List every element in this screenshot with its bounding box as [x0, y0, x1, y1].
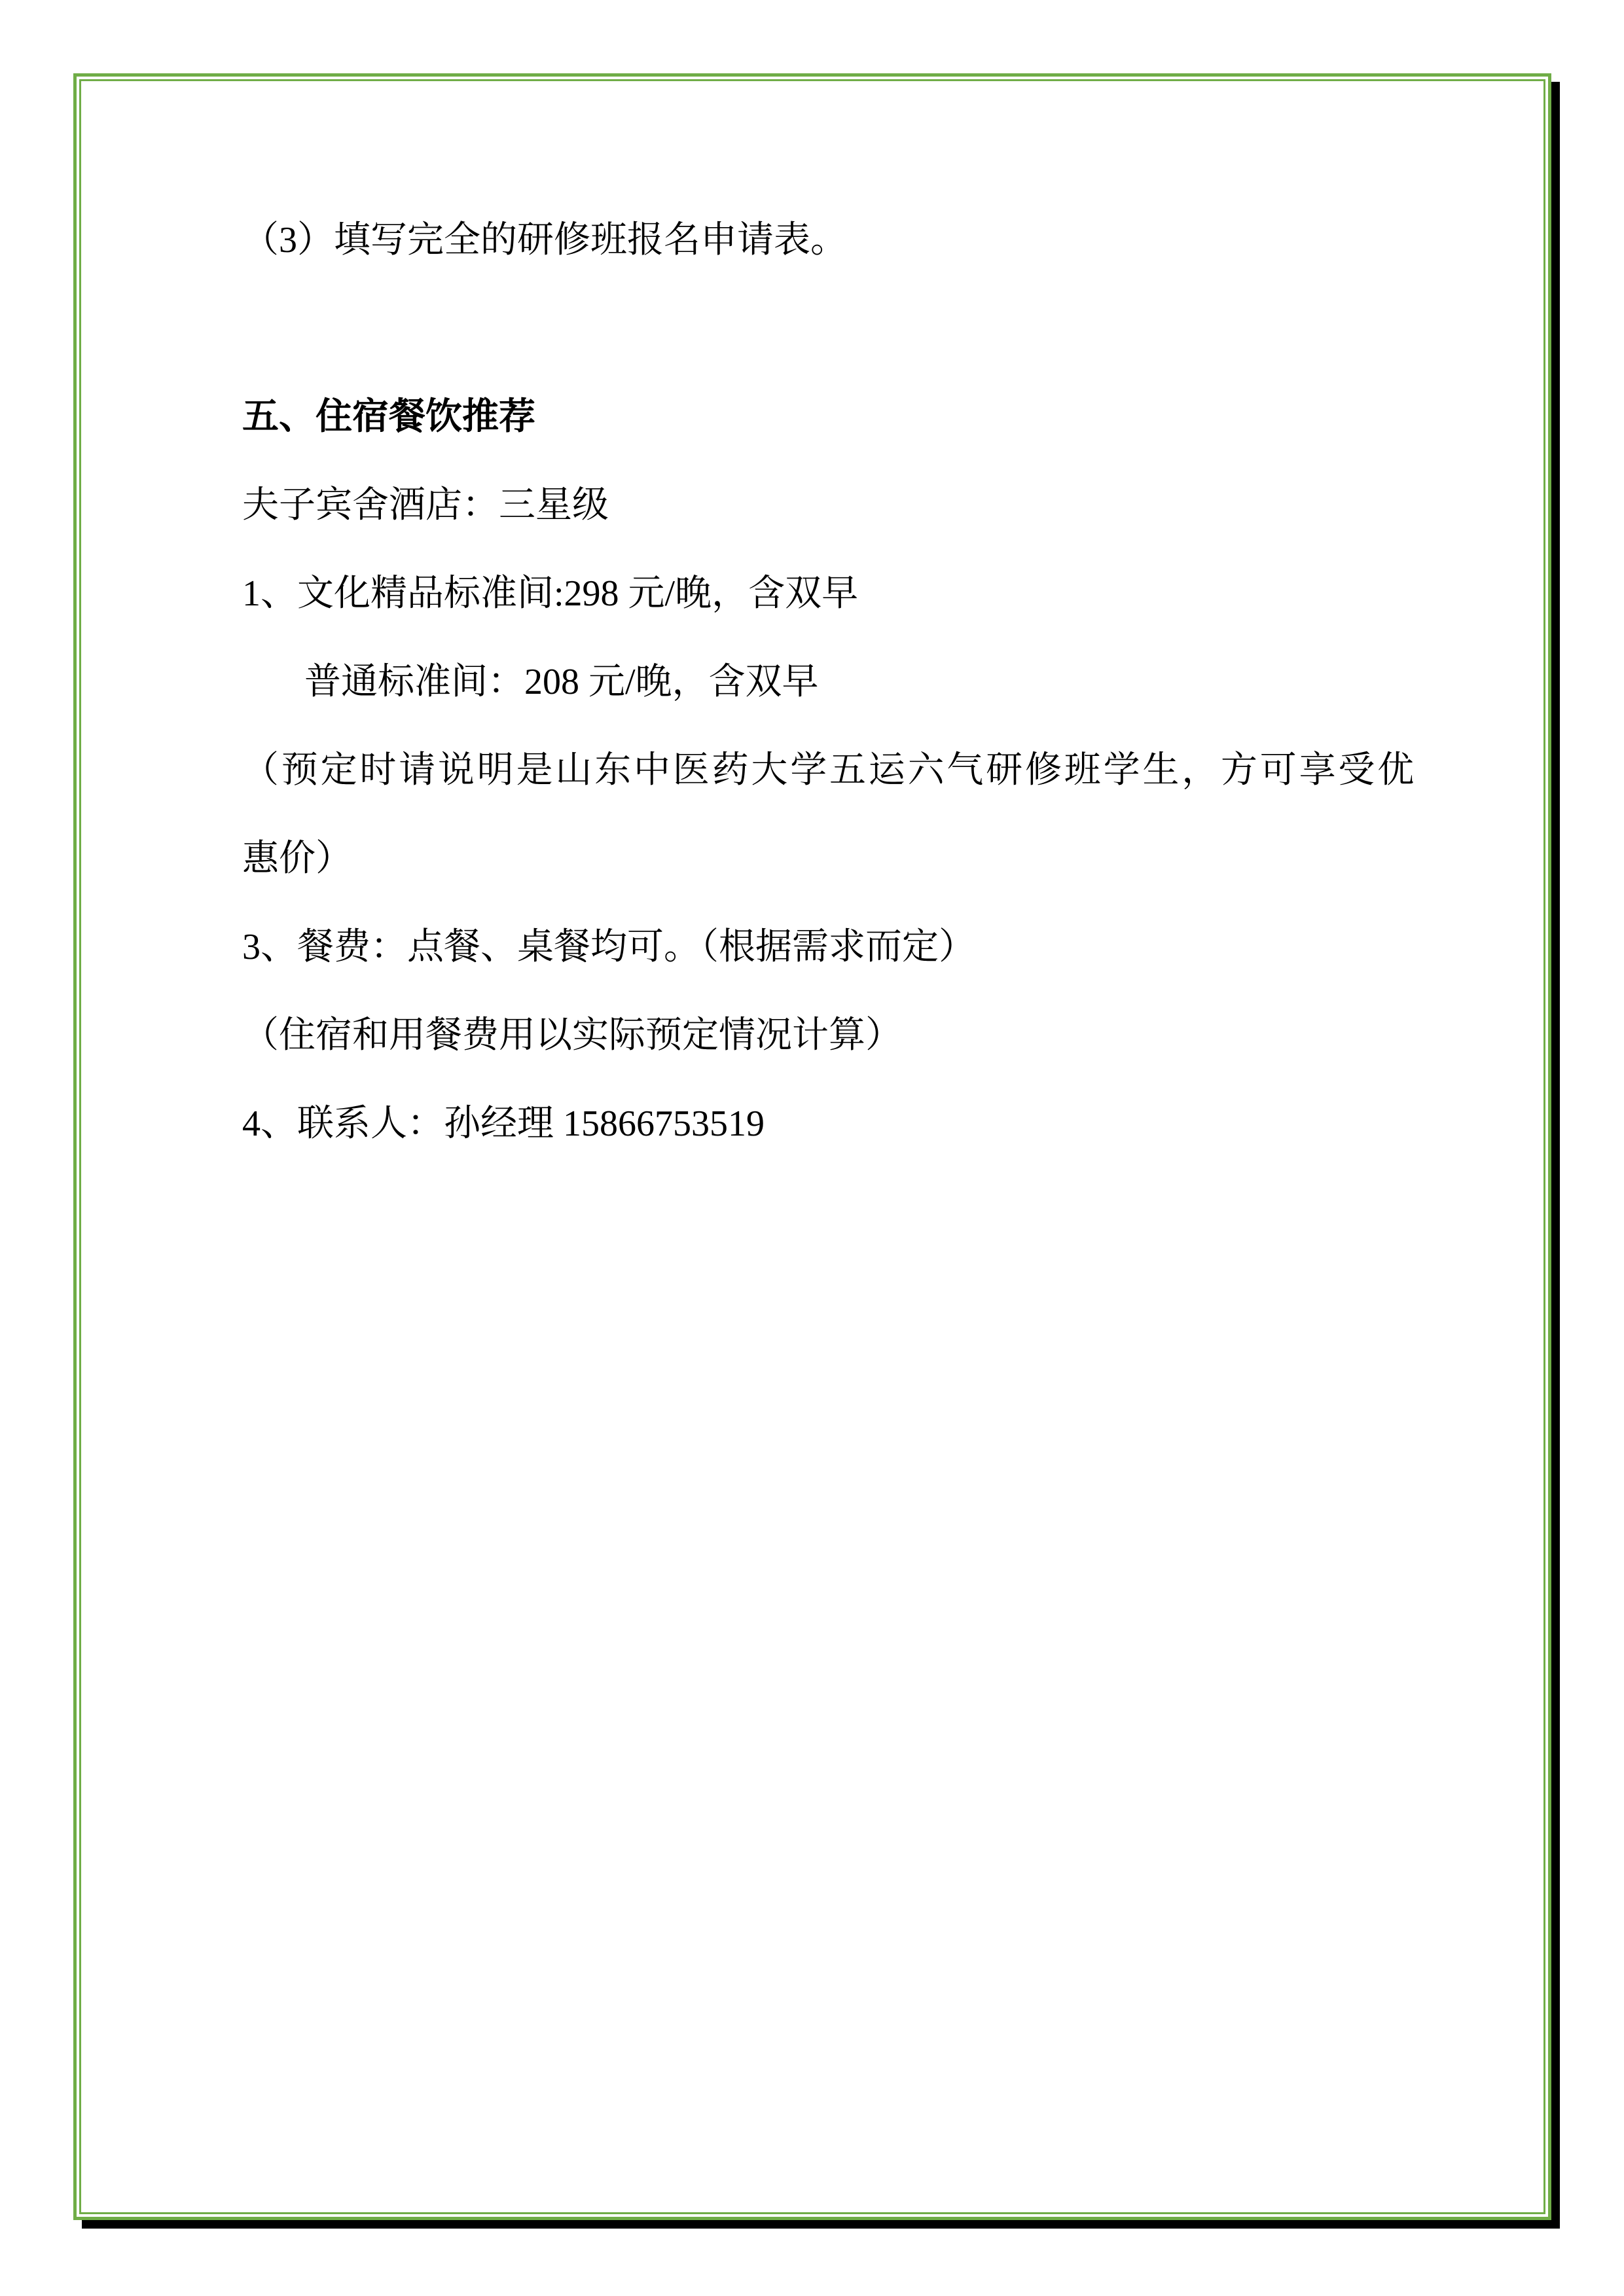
hotel-name-line: 夫子宾舍酒店：三星级: [242, 461, 1460, 550]
room-price-standard-line: 普通标准间：208 元/晚，含双早: [242, 638, 1460, 726]
document-body: （3）填写完全的研修班报名申请表。 五、住宿餐饮推荐 夫子宾舍酒店：三星级 1、…: [242, 196, 1460, 1168]
meal-fee-line: 3、餐费：点餐、桌餐均可。（根据需求而定）: [242, 903, 1460, 992]
blank-line: [242, 285, 1460, 373]
discount-note-line-1: （预定时请说明是山东中医药大学五运六气研修班学生，方可享受优: [242, 726, 1460, 815]
section-5-heading: 五、住宿餐饮推荐: [242, 373, 1460, 461]
billing-note-line: （住宿和用餐费用以实际预定情况计算）: [242, 992, 1460, 1080]
discount-note-line-2: 惠价）: [242, 815, 1460, 903]
item-3-application-form-line: （3）填写完全的研修班报名申请表。: [242, 196, 1460, 285]
room-price-premium-line: 1、文化精品标准间:298 元/晚，含双早: [242, 550, 1460, 638]
contact-line: 4、联系人：孙经理 15866753519: [242, 1080, 1460, 1168]
